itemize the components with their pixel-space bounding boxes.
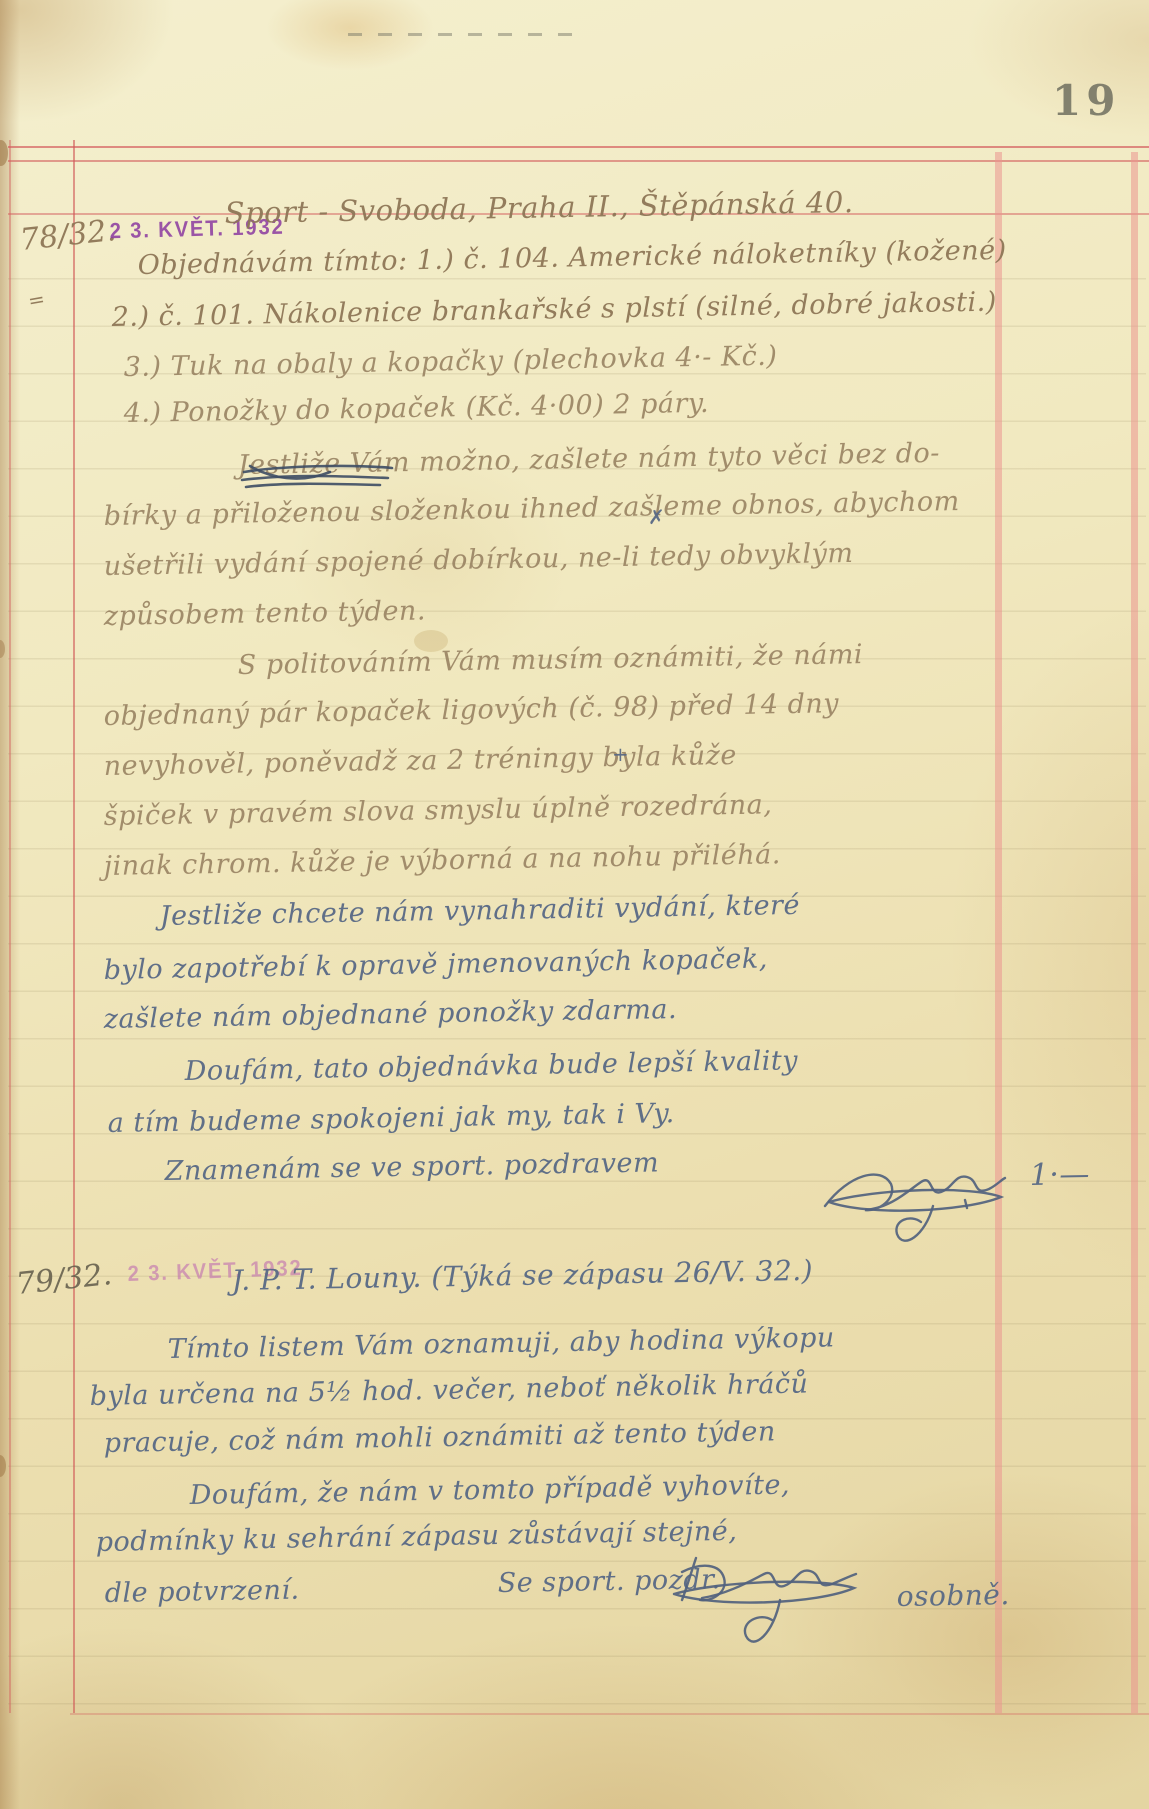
strikethrough-scribble <box>240 458 400 494</box>
page-number: 19 <box>1052 76 1120 125</box>
correction-mark: + <box>612 742 629 766</box>
right-column-rule <box>995 152 1002 1713</box>
correction-mark: ✗ <box>648 505 665 529</box>
letter-line: způsobem tento týden. <box>103 595 426 632</box>
signature-scribble <box>815 1148 1010 1253</box>
header-rule-top <box>8 146 1149 148</box>
header-rule-top2 <box>8 160 1149 162</box>
margin-note: 1·— <box>1029 1157 1090 1193</box>
footer-rule <box>70 1713 1149 1715</box>
left-margin-rule <box>73 140 75 1713</box>
edge-rule <box>9 140 11 1713</box>
closing-note: osobně. <box>896 1578 1010 1613</box>
letter-line: dle potvrzení. <box>104 1575 299 1609</box>
signature-scribble <box>662 1542 862 1657</box>
pencil-dashes <box>348 33 583 36</box>
letter-address: Sport - Svoboda, Praha II., Štěpánská 40… <box>224 185 853 230</box>
right-edge-rule <box>1131 152 1138 1713</box>
ledger-page: 19 78/32. 2 3. KVĚT. 1932 = Sport - Svob… <box>0 0 1149 1809</box>
